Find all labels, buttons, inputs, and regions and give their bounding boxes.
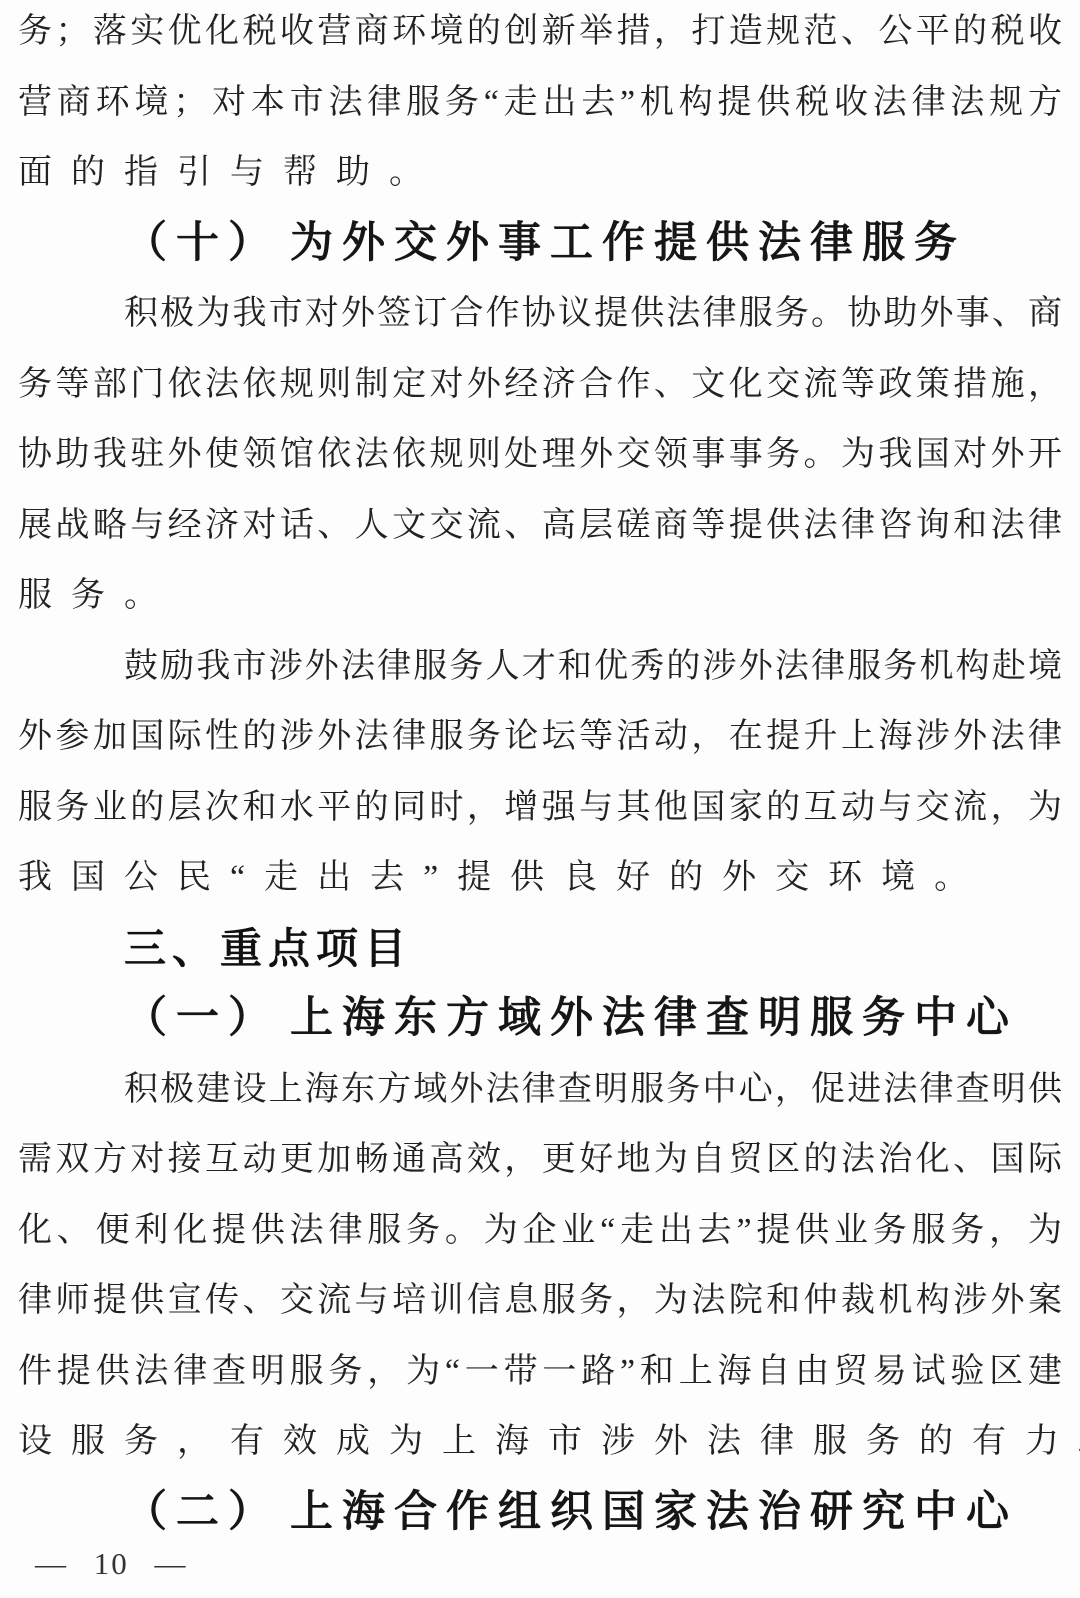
heading-title: 上海合作组织国家法治研究中心 xyxy=(290,1489,1018,1536)
section-heading: 三、重点项目 xyxy=(18,914,1062,985)
page-number: — 10 — xyxy=(35,1546,188,1581)
document-page: 务；落实优化税收营商环境的创新举措，打造规范、公平的税收营商环境；对本市法律服务… xyxy=(0,0,1080,1598)
paragraph-line: 外参加国际性的涉外法律服务论坛等活动，在提升上海涉外法律 xyxy=(18,702,1062,773)
heading-number: （一） xyxy=(124,995,280,1042)
heading-number: （二） xyxy=(124,1489,280,1536)
paragraph-line: 积极建设上海东方域外法律查明服务中心，促进法律查明供 xyxy=(18,1055,1062,1126)
paragraph-line: 营商环境；对本市法律服务“走出去”机构提供税收法律法规方 xyxy=(18,68,1062,139)
paragraph-line: 化、便利化提供法律服务。为企业“走出去”提供业务服务，为 xyxy=(18,1196,1062,1267)
subsection-heading: （二）上海合作组织国家法治研究中心 xyxy=(18,1478,1062,1549)
heading-title: 为外交外事工作提供法律服务 xyxy=(290,220,966,267)
heading-title: 上海东方域外法律查明服务中心 xyxy=(290,995,1018,1042)
paragraph-line: 鼓励我市涉外法律服务人才和优秀的涉外法律服务机构赴境 xyxy=(18,632,1062,703)
document-body: 务；落实优化税收营商环境的创新举措，打造规范、公平的税收营商环境；对本市法律服务… xyxy=(18,0,1062,1548)
paragraph-line: 需双方对接互动更加畅通高效，更好地为自贸区的法治化、国际 xyxy=(18,1125,1062,1196)
paragraph-line: 务；落实优化税收营商环境的创新举措，打造规范、公平的税收 xyxy=(18,0,1062,68)
paragraph-line: 展战略与经济对话、人文交流、高层磋商等提供法律咨询和法律 xyxy=(18,491,1062,562)
paragraph-line: 服务。 xyxy=(18,561,1062,632)
subsection-heading: （十）为外交外事工作提供法律服务 xyxy=(18,209,1062,280)
paragraph-line: 件提供法律查明服务，为“一带一路”和上海自由贸易试验区建 xyxy=(18,1337,1062,1408)
paragraph-line: 积极为我市对外签订合作协议提供法律服务。协助外事、商 xyxy=(18,279,1062,350)
paragraph-line: 我国公民“走出去”提供良好的外交环境。 xyxy=(18,843,1062,914)
page-footer: — 10 — xyxy=(35,1540,188,1588)
heading-number: （十） xyxy=(124,220,280,267)
subsection-heading: （一）上海东方域外法律查明服务中心 xyxy=(18,984,1062,1055)
paragraph-line: 务等部门依法依规则制定对外经济合作、文化交流等政策措施， xyxy=(18,350,1062,421)
paragraph-line: 协助我驻外使领馆依法依规则处理外交领事事务。为我国对外开 xyxy=(18,420,1062,491)
paragraph-line: 律师提供宣传、交流与培训信息服务，为法院和仲裁机构涉外案 xyxy=(18,1266,1062,1337)
paragraph-line: 面的指引与帮助。 xyxy=(18,138,1062,209)
paragraph-line: 服务业的层次和水平的同时，增强与其他国家的互动与交流，为 xyxy=(18,773,1062,844)
paragraph-line: 设服务，有效成为上海市涉外法律服务的有力助推器。 xyxy=(18,1407,1062,1478)
